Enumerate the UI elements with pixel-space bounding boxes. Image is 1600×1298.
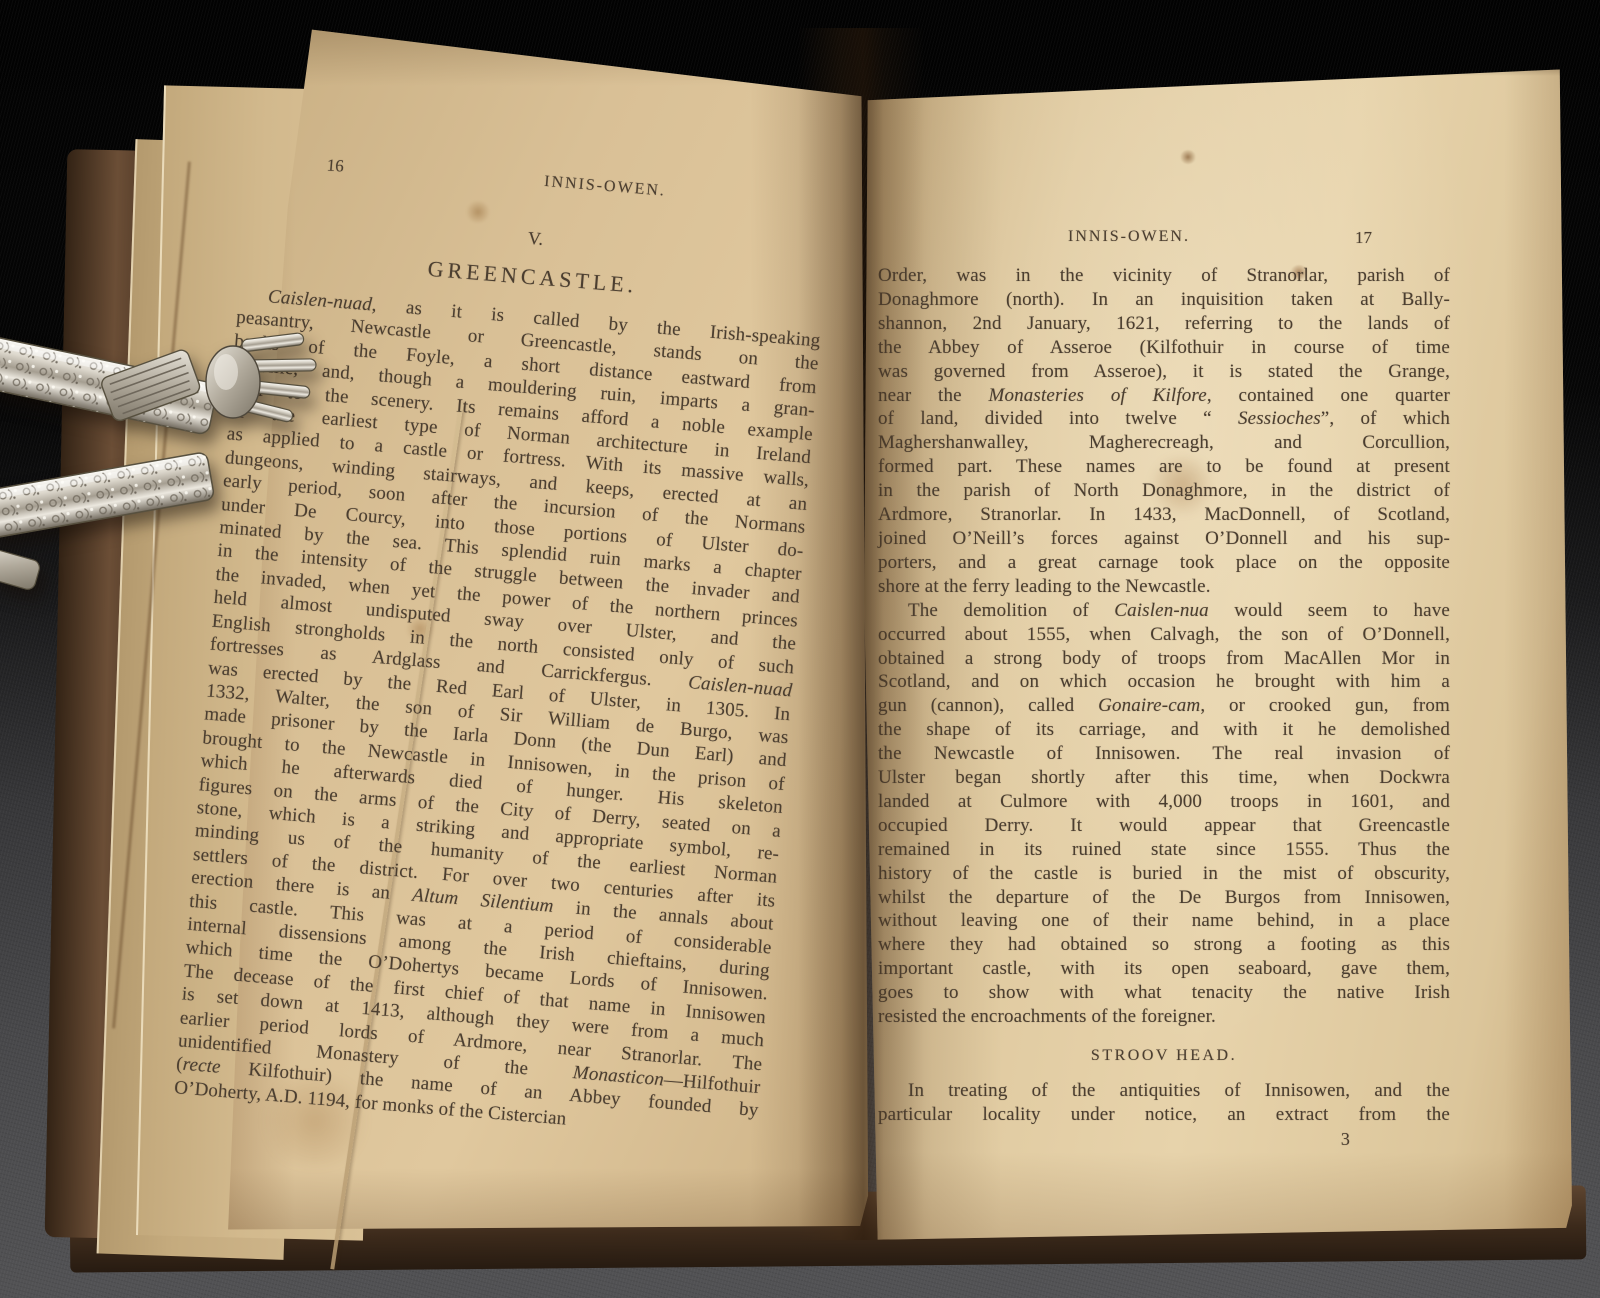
text-line: near the Monasteries of Kilfore, contain…: [878, 384, 1450, 408]
text-line: remained in its ruined state since 1555.…: [878, 838, 1450, 862]
text-line: goes to show with what tenacity the nati…: [878, 981, 1450, 1005]
bookmark-tail: [0, 543, 41, 591]
text-line: without leaving one of their name behind…: [878, 909, 1450, 933]
text-line: porters, and a great carnage took place …: [878, 551, 1450, 575]
text-line: gun (cannon), called Gonaire-cam, or cro…: [878, 694, 1450, 718]
bookmark-band-lower: [0, 452, 215, 541]
text-line: shore at the ferry leading to the Newcas…: [878, 575, 1450, 599]
text-line: Order, was in the vicinity of Stranorlar…: [878, 264, 1450, 288]
signature-mark: 3: [878, 1129, 1450, 1150]
text-line: of land, divided into twelve “ Sessioche…: [878, 407, 1450, 431]
right-page-text: INNIS-OWEN. 17 Order, was in the vicinit…: [878, 228, 1450, 1150]
text-line: Donaghmore (north). In an inquisition ta…: [878, 288, 1450, 312]
left-page-text: 16 INNIS-OWEN. V. GREENCASTLE. Caislen-n…: [173, 149, 832, 1146]
right-page-body: Order, was in the vicinity of Stranorlar…: [878, 264, 1450, 1127]
text-line: formed part. These names are to be found…: [878, 455, 1450, 479]
text-line: history of the castle is buried in the m…: [878, 862, 1450, 886]
text-line: was governed from Asseroe), it is stated…: [878, 360, 1450, 384]
text-line: occupied Derry. It would appear that Gre…: [878, 814, 1450, 838]
text-line: the Abbey of Asseroe (Kilfothuir in cour…: [878, 336, 1450, 360]
text-line: landed at Culmore with 4,000 troops in 1…: [878, 790, 1450, 814]
text-line: In treating of the antiquities of Inniso…: [878, 1079, 1450, 1103]
text-line: in the parish of North Donaghmore, in th…: [878, 479, 1450, 503]
book-photograph: 16 INNIS-OWEN. V. GREENCASTLE. Caislen-n…: [0, 0, 1600, 1298]
left-page-number: 16: [326, 155, 345, 176]
bookmark-hand-clasp: [206, 332, 316, 422]
text-line: Ulster began shortly after this time, wh…: [878, 766, 1450, 790]
text-line: Maghershanwalley, Magherecreagh, and Cor…: [878, 431, 1450, 455]
text-line: where they had obtained so strong a foot…: [878, 933, 1450, 957]
right-running-head-row: INNIS-OWEN. 17: [878, 228, 1450, 254]
text-line: important castle, with its open seaboard…: [878, 957, 1450, 981]
text-line: occurred about 1555, when Calvagh, the s…: [878, 623, 1450, 647]
right-page-number: 17: [1355, 228, 1372, 248]
text-line: joined O’Neill’s forces against O’Donnel…: [878, 527, 1450, 551]
section-heading: STROOV HEAD.: [878, 1047, 1450, 1065]
text-line: particular locality under notice, an ext…: [878, 1103, 1450, 1127]
open-book: 16 INNIS-OWEN. V. GREENCASTLE. Caislen-n…: [0, 0, 1600, 1298]
text-line: whilst the departure of the De Burgos fr…: [878, 886, 1450, 910]
text-line: Ardmore, Stranorlar. In 1433, MacDonnell…: [878, 503, 1450, 527]
silver-bookmark-clip: [0, 318, 330, 608]
book-gutter-shadow: [798, 28, 924, 1240]
text-line: Scotland, and on which occasion he broug…: [878, 670, 1450, 694]
text-line: obtained a strong body of troops from Ma…: [878, 647, 1450, 671]
text-line: shannon, 2nd January, 1621, referring to…: [878, 312, 1450, 336]
text-line: the shape of its carriage, and with it h…: [878, 718, 1450, 742]
text-line: The demolition of Caislen-nua would seem…: [878, 599, 1450, 623]
text-line: resisted the encroachments of the foreig…: [878, 1005, 1450, 1029]
text-line: the Newcastle of Innisowen. The real inv…: [878, 742, 1450, 766]
running-header: INNIS-OWEN.: [878, 228, 1380, 246]
